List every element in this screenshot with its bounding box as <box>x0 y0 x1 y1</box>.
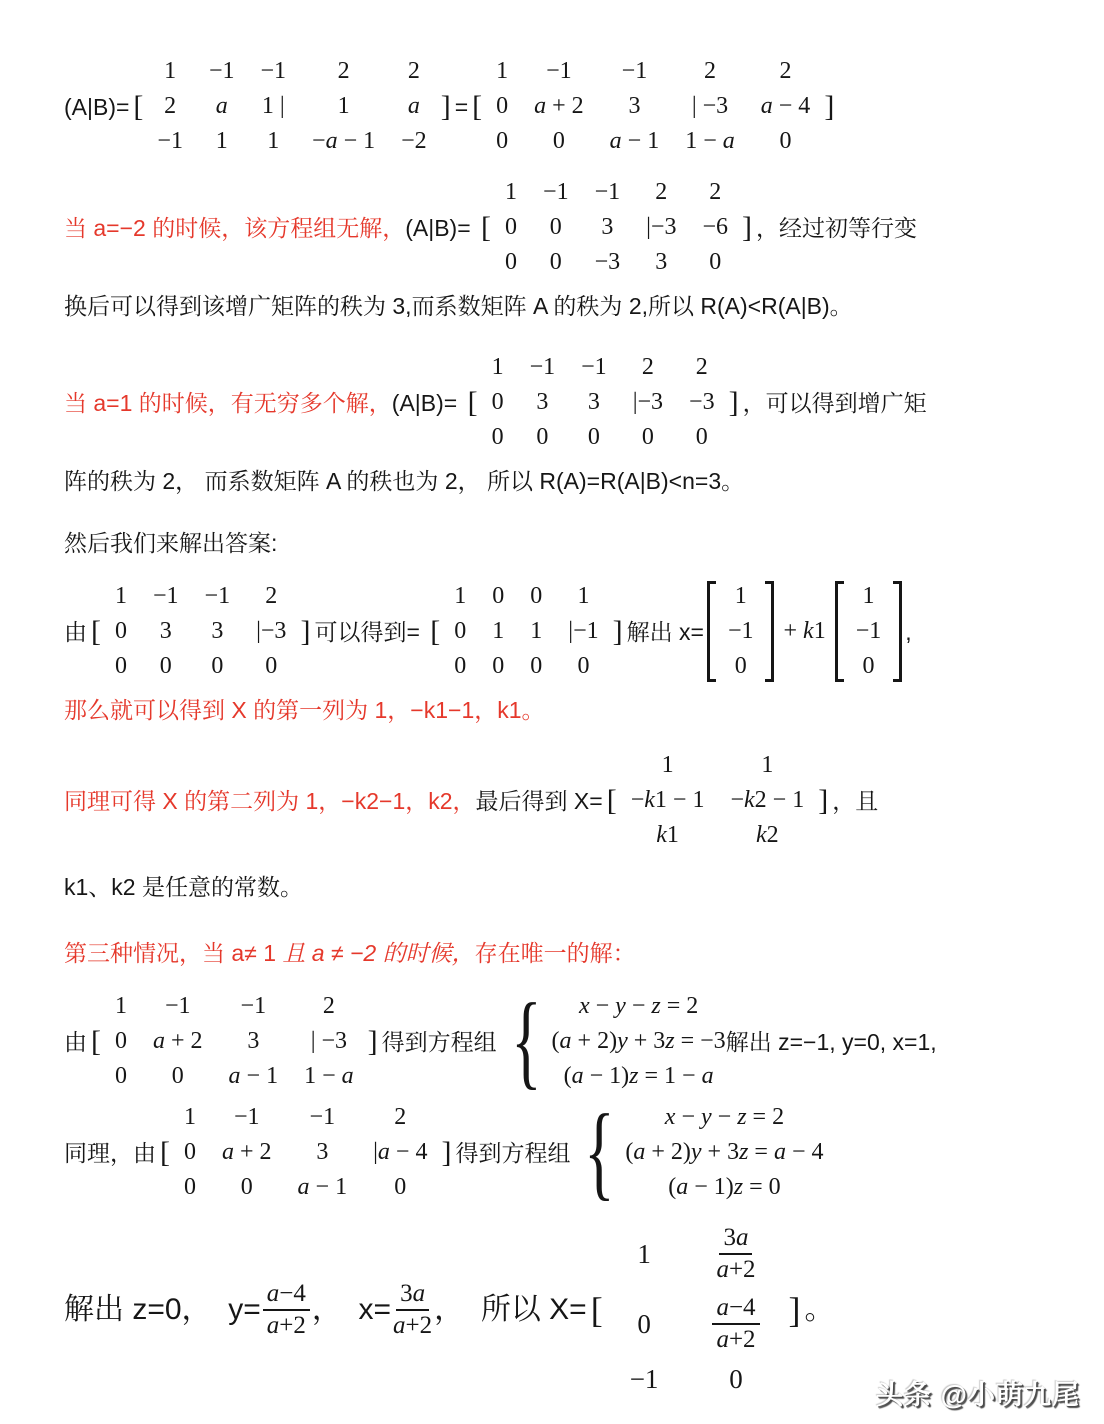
matrix-row: 1−1−12 <box>171 1100 440 1135</box>
matrix-bracket: ] <box>440 1138 452 1168</box>
particular-solution-vector: 1−10 <box>707 579 775 684</box>
matrix-bracket: ] <box>299 617 311 647</box>
matrix-row: 0000 <box>102 649 299 684</box>
matrix-row: 00a − 10 <box>171 1170 440 1205</box>
unique-solution-system-1: 由[1−1−120a + 23| −300a − 11 − a]得到方程组{x … <box>64 989 1064 1094</box>
matrix-row: 0 <box>847 649 891 684</box>
fraction-numerator: 3a <box>396 1280 429 1311</box>
matrix-cell: −1 <box>209 1100 285 1135</box>
matrix-bracket: ] <box>367 1027 379 1057</box>
matrix-cell: −1 <box>521 54 597 89</box>
matrix-cell: 1 <box>717 748 817 783</box>
matrix-cell: 1 − a <box>291 1059 367 1094</box>
x-matrix-tail: ，且 <box>832 785 878 817</box>
matrix-body: 1−1−122033|−3−300000 <box>479 350 728 455</box>
matrix-a-1: [1−1−122033|−3−300000] <box>467 350 740 455</box>
matrix-cell: 0 <box>192 649 244 684</box>
separator-comma: ， x= <box>312 1294 391 1326</box>
matrix-cell: −1 <box>196 54 248 89</box>
matrix-cell: −1 <box>517 350 569 385</box>
matrix-bracket: ] <box>817 786 829 816</box>
system-equation-line: x − y − z = 2 <box>579 989 698 1024</box>
system-equations: x − y − z = 2(a + 2)y + 3z = a − 4(a − 1… <box>625 1100 823 1205</box>
matrix-row: 003|−3−6 <box>492 210 741 245</box>
matrix-bracket: ] <box>823 92 835 122</box>
matrix-row: 0a + 23| −3a − 4 <box>483 89 823 124</box>
matrix-cell: 2 <box>689 175 741 210</box>
matrix-row: 1 <box>719 579 763 614</box>
system-label: 得到方程组 <box>382 1026 497 1058</box>
matrix-row: 00a − 11 − a <box>102 1059 367 1094</box>
matrix-cell: 1 <box>555 579 611 614</box>
matrix-cell: 0 <box>441 649 479 684</box>
matrix-fraction: 3aa+2 <box>716 1224 755 1284</box>
matrix-bracket: [ <box>159 1138 171 1168</box>
matrix-cell: a <box>196 89 248 124</box>
matrix-cell: 3 <box>517 385 569 420</box>
system-1-solution: 解出 z=−1, y=0, x=1, <box>726 1026 937 1058</box>
system-equation-line: x − y − z = 2 <box>665 1100 784 1135</box>
system-equation-line: (a + 2)y + 3z = −3 <box>552 1024 726 1059</box>
matrix-cell: −1 <box>530 175 582 210</box>
matrix-cell: a − 4 <box>748 89 824 124</box>
matrix-cell: 0 <box>620 420 676 455</box>
matrix-cell: −a − 1 <box>299 124 388 159</box>
x-unique-solution-matrix: [13aa+20a−4a+2−10] <box>590 1219 802 1400</box>
matrix-cell: 1 <box>299 89 388 124</box>
matrix-body: 1−1−120a + 23|a − 400a − 10 <box>171 1100 440 1205</box>
coefficient-matrix-b2: [1−1−120a + 23|a − 400a − 10] <box>159 1100 452 1205</box>
matrix-row: 033|−3−3 <box>479 385 728 420</box>
matrix-cell: −1 <box>597 54 673 89</box>
matrix-body: 1−1−1222a1 |1a−111−a − 1−2 <box>144 54 439 159</box>
matrix-cell: 3 <box>633 245 689 280</box>
matrix-cell: 2 <box>620 350 676 385</box>
matrix-cell: 0 <box>517 649 555 684</box>
matrix-bracket: [ <box>90 1027 102 1057</box>
system-equation-line: (a − 1)z = 1 − a <box>564 1059 714 1094</box>
matrix-cell: | −3 <box>672 89 748 124</box>
matrix-cell: 0 <box>479 420 517 455</box>
homogeneous-solution-vector: 1−10 <box>835 579 903 684</box>
matrix-cell: 0 <box>555 649 611 684</box>
matrix-cell: 0 <box>676 420 728 455</box>
matrix-cell: k1 <box>618 818 718 853</box>
matrix-cell: −1 <box>248 54 300 89</box>
matrix-cell: 0 <box>102 649 140 684</box>
matrix-row: 033|−3 <box>102 614 299 649</box>
matrix-row: −k1 − 1−k2 − 1 <box>618 783 818 818</box>
matrix-bracket: ] <box>440 92 452 122</box>
third-case-part2: 且 a ≠ −2 的时候， <box>282 937 474 969</box>
fraction-denominator: a+2 <box>267 1311 306 1340</box>
matrix-cell: 1 <box>604 1219 685 1289</box>
matrix-cell: 2 <box>388 54 440 89</box>
rref-step-matrix: [1−1−12033|−30000] <box>90 579 311 684</box>
matrix-row: 1−1−122 <box>479 350 728 385</box>
case-a-neg2-line: 当 a=−2 的时候，该方程组无解，(A|B)= [1−1−122003|−3−… <box>64 175 1064 280</box>
matrix-body: 1−1−122003|−3−600−330 <box>492 175 741 280</box>
matrix-cell: −k1 − 1 <box>618 783 718 818</box>
case-a-1-statement: 当 a=1 的时候，有无穷多个解， <box>64 387 392 419</box>
first-column-text: 那么就可以得到 X 的第一列为 1，−k1−1，k1。 <box>64 694 545 726</box>
second-column-text: 同理可得 X 的第二列为 1，−k2−1，k2， <box>64 785 476 817</box>
matrix-row: 0 <box>719 649 763 684</box>
matrix-row: 0a−4a+2 <box>604 1289 788 1359</box>
x-matrix-line: 同理可得 X 的第二列为 1，−k2−1，k2，最后得到 X=[11−k1 − … <box>64 748 1064 853</box>
tall-bracket <box>707 581 716 682</box>
solve-intro-text: 然后我们来解出答案: <box>64 527 277 559</box>
matrix-cell: 1 <box>492 175 530 210</box>
equals-sign: = <box>455 91 468 123</box>
matrix-cell: 0 <box>568 420 620 455</box>
matrix-cell: 1 <box>479 350 517 385</box>
matrix-row: 1−1−12 <box>102 989 367 1024</box>
matrix-fraction: a−4a+2 <box>712 1294 759 1354</box>
matrix-cell: −k2 − 1 <box>717 783 817 818</box>
matrix-cell: 1 − a <box>672 124 748 159</box>
matrix-cell: −1 <box>192 579 244 614</box>
solve-intro-line: 然后我们来解出答案: <box>64 527 1064 559</box>
matrix-row: 0000 <box>441 649 611 684</box>
matrix-cell: 0 <box>530 245 582 280</box>
system-equation-line: (a − 1)z = 0 <box>668 1170 780 1205</box>
matrix-cell: 2 <box>299 54 388 89</box>
matrix-bracket: ] <box>788 1292 802 1328</box>
matrix-cell: 1 <box>483 54 521 89</box>
matrix-cell: a <box>388 89 440 124</box>
matrix-cell: 0 <box>748 124 824 159</box>
matrix-cell: 0 <box>517 420 569 455</box>
matrix-cell: 1 <box>719 579 763 614</box>
matrix-cell: 2 <box>633 175 689 210</box>
watermark: 头条 @小萌九尾 <box>876 1373 1080 1412</box>
matrix-cell: 0 <box>441 614 479 649</box>
matrix-cell: 3aa+2 <box>684 1219 787 1289</box>
matrix-cell: k2 <box>717 818 817 853</box>
paragraph-rank-neg2: 换后可以得到该增广矩阵的秩为 3,而系数矩阵 A 的秩为 2,所以 R(A)<R… <box>64 290 1064 322</box>
matrix-body: 1−1−120a + 23| −300a − 11 − a <box>102 989 367 1094</box>
matrix-cell: 1 <box>441 579 479 614</box>
system-brace: { <box>511 996 542 1086</box>
matrix-cell: a − 1 <box>285 1170 361 1205</box>
matrix-cell: −3 <box>582 245 634 280</box>
matrix-bracket: [ <box>429 617 441 647</box>
matrix-bracket: [ <box>471 92 483 122</box>
matrix-label: (A|B)= <box>392 387 464 419</box>
matrix-cell: 0 <box>492 210 530 245</box>
matrix-cell: 1 <box>847 579 891 614</box>
matrix-cell: 1 <box>517 614 555 649</box>
matrix-row: 00000 <box>479 420 728 455</box>
matrix-cell: 0 <box>684 1359 787 1400</box>
matrix-row: 1−1−122 <box>492 175 741 210</box>
matrix-cell: 0 <box>171 1135 209 1170</box>
matrix-cell: −6 <box>689 210 741 245</box>
matrix-cell: 1 <box>102 989 140 1024</box>
matrix-row: 1 <box>847 579 891 614</box>
third-case-part3: 存在唯一的解： <box>475 937 636 969</box>
matrix-cell: 0 <box>479 385 517 420</box>
matrix-cell: 0 <box>492 245 530 280</box>
matrix-bracket: ] <box>612 617 624 647</box>
case-a-neg2-tail: ，经过初等行变 <box>756 212 917 244</box>
paragraph-rank-1: 阵的秩为 2， 而系数矩阵 A 的秩也为 2， 所以 R(A)=R(A|B)<n… <box>64 465 1064 497</box>
k1-coefficient: + k1 <box>783 618 825 645</box>
matrix-cell: a − 1 <box>597 124 673 159</box>
matrix-cell: |a − 4 <box>360 1135 440 1170</box>
third-case-part1: 第三种情况，当 a≠ 1 <box>64 937 282 969</box>
matrix-bracket: [ <box>467 388 479 418</box>
matrix-cell: 0 <box>140 1059 216 1094</box>
matrix-cell: 3 <box>568 385 620 420</box>
k-constants-text: k1、k2 是任意的常数。 <box>64 871 303 903</box>
matrix-body: 13aa+20a−4a+2−10 <box>604 1219 788 1400</box>
matrix-cell: a−4a+2 <box>684 1289 787 1359</box>
matrix-cell: 0 <box>517 579 555 614</box>
matrix-cell: −1 <box>140 989 216 1024</box>
unique-solution-system-2: 同理，由[1−1−120a + 23|a − 400a − 10]得到方程组{x… <box>64 1100 1064 1205</box>
matrix-cell: | −3 <box>291 1024 367 1059</box>
y-fraction: a−4a+2 <box>263 1280 310 1340</box>
matrix-row: 0a + 23| −3 <box>102 1024 367 1059</box>
matrix-row: −10 <box>604 1359 788 1400</box>
matrix-cell: −1 <box>582 175 634 210</box>
matrix-cell: −3 <box>676 385 728 420</box>
equation-system-2: {x − y − z = 2(a + 2)y + 3z = a − 4(a − … <box>574 1100 823 1205</box>
matrix-label: (A|B)= <box>64 91 129 123</box>
matrix-cell: |−3 <box>620 385 676 420</box>
matrix-row: 2a1 |1a <box>144 89 439 124</box>
paragraph-text: 换后可以得到该增广矩阵的秩为 3,而系数矩阵 A 的秩为 2,所以 R(A)<R… <box>64 290 853 322</box>
matrix-row: 1−1−12 <box>102 579 299 614</box>
matrix-cell: −1 <box>285 1100 361 1135</box>
matrix-cell: 1 <box>102 579 140 614</box>
matrix-cell: 0 <box>719 649 763 684</box>
equation-prefix: 由 <box>64 1026 87 1058</box>
tall-bracket <box>835 581 844 682</box>
matrix-cell: 1 <box>171 1100 209 1135</box>
x-fraction: 3aa+2 <box>393 1280 432 1340</box>
coefficient-matrix-b1: [1−1−120a + 23| −300a − 11 − a] <box>90 989 379 1094</box>
matrix-cell: |−3 <box>243 614 299 649</box>
matrix-cell: a + 2 <box>209 1135 285 1170</box>
matrix-body: 1−1−1220a + 23| −3a − 400a − 11 − a0 <box>483 54 823 159</box>
matrix-cell: 2 <box>291 989 367 1024</box>
matrix-bracket: [ <box>132 92 144 122</box>
matrix-cell: −1 <box>847 614 891 649</box>
matrix-cell: 1 <box>248 124 300 159</box>
matrix-cell: 2 <box>360 1100 440 1135</box>
matrix-cell: 0 <box>243 649 299 684</box>
matrix-cell: 0 <box>847 649 891 684</box>
first-augmented-matrix-equation: (A|B)=[1−1−1222a1 |1a−111−a − 1−2]= [1−1… <box>64 54 1064 159</box>
matrix-row: 011|−1 <box>441 614 611 649</box>
matrix-row: −1 <box>719 614 763 649</box>
matrix-cell: 2 <box>676 350 728 385</box>
matrix-cell: −1 <box>568 350 620 385</box>
matrix-cell: 0 <box>140 649 192 684</box>
system-label: 得到方程组 <box>455 1137 570 1169</box>
augmented-matrix-original: [1−1−1222a1 |1a−111−a − 1−2] <box>132 54 451 159</box>
k-constants-note: k1、k2 是任意的常数。 <box>64 871 1064 903</box>
matrix-cell: |−3 <box>633 210 689 245</box>
matrix-body: 1−10 <box>847 579 891 684</box>
matrix-row: 00−330 <box>492 245 741 280</box>
matrix-row: 1−1−122 <box>483 54 823 89</box>
matrix-row: 0a + 23|a − 4 <box>171 1135 440 1170</box>
rref-final-matrix: [1001011|−10000] <box>429 579 623 684</box>
system-brace: { <box>585 1107 616 1197</box>
full-stop: 。 <box>805 1294 835 1326</box>
matrix-bracket: ] <box>741 213 753 243</box>
matrix-cell: −2 <box>388 124 440 159</box>
matrix-cell: 3 <box>285 1135 361 1170</box>
matrix-cell: 2 <box>144 89 196 124</box>
matrix-cell: 0 <box>102 614 140 649</box>
solve-x-label: 解出 x= <box>627 616 704 648</box>
matrix-bracket: ] <box>728 388 740 418</box>
matrix-row: 1−1−122 <box>144 54 439 89</box>
equation-prefix: 由 <box>64 616 87 648</box>
first-column-statement: 那么就可以得到 X 的第一列为 1，−k1−1，k1。 <box>64 694 1064 726</box>
matrix-cell: 0 <box>360 1170 440 1205</box>
tall-bracket <box>765 581 774 682</box>
matrix-cell: 1 <box>144 54 196 89</box>
case-a-1-tail: ，可以得到增广矩 <box>743 387 927 419</box>
matrix-bracket: [ <box>90 617 102 647</box>
matrix-cell: |−1 <box>555 614 611 649</box>
matrix-cell: 0 <box>209 1170 285 1205</box>
tall-bracket <box>893 581 902 682</box>
matrix-cell: 0 <box>530 210 582 245</box>
equation-system-1: {x − y − z = 2(a + 2)y + 3z = −3(a − 1)z… <box>501 989 726 1094</box>
matrix-cell: 1 | <box>248 89 300 124</box>
matrix-cell: −1 <box>604 1359 685 1400</box>
matrix-label: (A|B)= <box>405 212 477 244</box>
matrix-cell: 1 <box>479 614 517 649</box>
matrix-cell: 3 <box>140 614 192 649</box>
matrix-row: 11 <box>618 748 818 783</box>
paragraph-text: 阵的秩为 2， 而系数矩阵 A 的秩也为 2， 所以 R(A)=R(A|B)<n… <box>64 465 744 497</box>
final-x-label: ， 所以 X= <box>434 1294 587 1326</box>
matrix-cell: −1 <box>140 579 192 614</box>
solution-vector-equation: 由[1−1−12033|−30000]可以得到= [1001011|−10000… <box>64 579 1064 684</box>
matrix-row: 1001 <box>441 579 611 614</box>
matrix-cell: 2 <box>672 54 748 89</box>
matrix-cell: 1 <box>618 748 718 783</box>
matrix-cell: 1 <box>196 124 248 159</box>
matrix-cell: 3 <box>216 1024 292 1059</box>
third-case-heading: 第三种情况，当 a≠ 1 且 a ≠ −2 的时候，存在唯一的解： <box>64 937 1064 969</box>
matrix-cell: a + 2 <box>140 1024 216 1059</box>
matrix-cell: 0 <box>171 1170 209 1205</box>
fraction-denominator: a+2 <box>393 1311 432 1340</box>
matrix-body: 1−10 <box>719 579 763 684</box>
matrix-cell: −1 <box>144 124 196 159</box>
case-a-neg2-statement: 当 a=−2 的时候，该方程组无解， <box>64 212 405 244</box>
matrix-cell: a + 2 <box>521 89 597 124</box>
fraction-numerator: a−4 <box>263 1280 310 1311</box>
matrix-cell: −1 <box>719 614 763 649</box>
matrix-cell: 3 <box>192 614 244 649</box>
matrix-cell: 2 <box>243 579 299 614</box>
matrix-row: 13aa+2 <box>604 1219 788 1289</box>
matrix-cell: 0 <box>604 1289 685 1359</box>
matrix-cell: 3 <box>597 89 673 124</box>
matrix-row: −111−a − 1−2 <box>144 124 439 159</box>
augmented-matrix-reduced: [1−1−1220a + 23| −3a − 400a − 11 − a0] <box>471 54 835 159</box>
system-equations: x − y − z = 2(a + 2)y + 3z = −3(a − 1)z … <box>552 989 726 1094</box>
x-general-solution-matrix: [11−k1 − 1−k2 − 1k1k2] <box>606 748 830 853</box>
matrix-cell: 0 <box>521 124 597 159</box>
matrix-bracket: [ <box>606 786 618 816</box>
matrix-bracket: [ <box>480 213 492 243</box>
matrix-cell: 0 <box>689 245 741 280</box>
matrix-body: 1001011|−10000 <box>441 579 611 684</box>
matrix-cell: 2 <box>748 54 824 89</box>
trailing-comma: , <box>905 616 911 648</box>
document-page: (A|B)=[1−1−1222a1 |1a−111−a − 1−2]= [1−1… <box>0 0 1104 1424</box>
matrix-cell: 0 <box>483 89 521 124</box>
matrix-cell: 3 <box>582 210 634 245</box>
matrix-row: −1 <box>847 614 891 649</box>
matrix-body: 1−1−12033|−30000 <box>102 579 299 684</box>
matrix-cell: 0 <box>483 124 521 159</box>
matrix-cell: a − 1 <box>216 1059 292 1094</box>
case-a-1-line: 当 a=1 的时候，有无穷多个解，(A|B)= [1−1−122033|−3−3… <box>64 350 1064 455</box>
equation-mid-text: 可以得到= <box>314 616 426 648</box>
matrix-row: 00a − 11 − a0 <box>483 124 823 159</box>
x-equals-label: 最后得到 X= <box>476 785 603 817</box>
matrix-cell: −1 <box>216 989 292 1024</box>
matrix-bracket: [ <box>590 1292 604 1328</box>
equation-prefix: 同理，由 <box>64 1137 156 1169</box>
matrix-cell: 0 <box>102 1059 140 1094</box>
final-solve-text: 解出 z=0， y= <box>64 1294 261 1326</box>
matrix-row: k1k2 <box>618 818 818 853</box>
matrix-cell: 0 <box>102 1024 140 1059</box>
matrix-a-neg2: [1−1−122003|−3−600−330] <box>480 175 753 280</box>
system-equation-line: (a + 2)y + 3z = a − 4 <box>625 1135 823 1170</box>
matrix-body: 11−k1 − 1−k2 − 1k1k2 <box>618 748 818 853</box>
matrix-cell: 0 <box>479 579 517 614</box>
matrix-cell: 0 <box>479 649 517 684</box>
